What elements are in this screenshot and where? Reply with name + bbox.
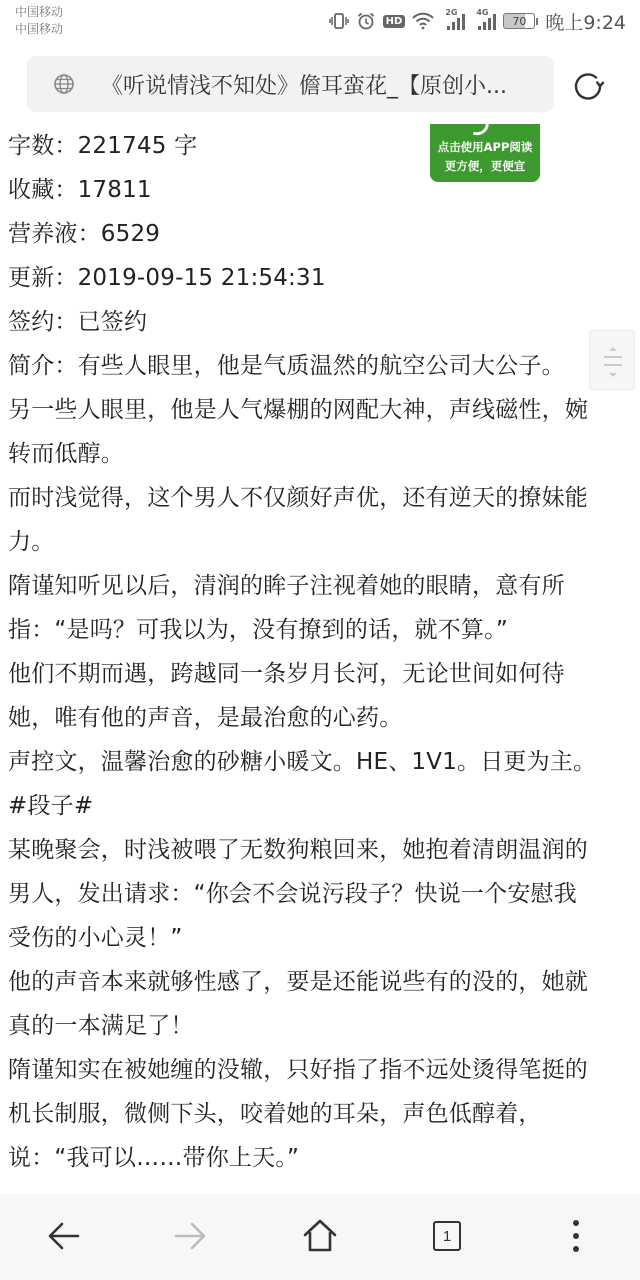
scroll-up-icon [609, 347, 617, 351]
handle-grip-icon [604, 356, 622, 358]
contract-status: 签约：已签约 [8, 300, 638, 344]
synopsis-line: 男人，发出请求：“你会不会说污段子？快说一个安慰我 [8, 872, 638, 916]
synopsis-line: 真的一本满足了！ [8, 1004, 638, 1048]
hd-icon: HD [383, 15, 406, 28]
forward-button[interactable] [168, 1214, 212, 1258]
wifi-icon [412, 12, 434, 30]
scroll-down-icon [609, 373, 617, 377]
update-time: 更新：2019-09-15 21:54:31 [8, 256, 638, 300]
tab-count: 1 [433, 1221, 461, 1251]
home-button[interactable] [298, 1214, 342, 1258]
browser-toolbar: 《听说情浅不知处》儋耳蛮花_【原创小... [0, 44, 640, 124]
synopsis-line: 声控文，温馨治愈的砂糖小暖文。HE、1V1。日更为主。 [8, 740, 638, 784]
synopsis-line: 简介：有些人眼里，他是气质温然的航空公司大公子。 [8, 344, 638, 388]
synopsis-line: 他的声音本来就够性感了，要是还能说些有的没的，她就 [8, 960, 638, 1004]
synopsis-line: 某晚聚会，时浅被喂了无数狗粮回来，她抱着清朗温润的 [8, 828, 638, 872]
bottom-navigation: 1 [0, 1194, 640, 1280]
nutrient-count: 营养液：6529 [8, 212, 638, 256]
back-button[interactable] [42, 1214, 86, 1258]
globe-icon [53, 73, 75, 95]
address-bar[interactable]: 《听说情浅不知处》儋耳蛮花_【原创小... [27, 56, 554, 112]
fast-scroll-handle[interactable] [589, 330, 635, 390]
logo-swoosh-icon [473, 121, 489, 137]
status-bar: 中国移动 中国移动 HD 2G 4G 70 晚上9:24 [0, 0, 640, 44]
page-title[interactable]: 《听说情浅不知处》儋耳蛮花_【原创小... [101, 69, 551, 100]
synopsis-line: 而时浅觉得，这个男人不仅颜好声优，还有逆天的撩妹能 [8, 476, 638, 520]
handle-grip-icon [604, 364, 622, 366]
synopsis-line: 机长制服，微侧下头，咬着她的耳朵，声色低醇着， [8, 1092, 638, 1136]
back-arrow-icon [46, 1218, 82, 1254]
synopsis-line: 她，唯有他的声音，是最治愈的心药。 [8, 696, 638, 740]
favorites-count: 收藏：17811 [8, 168, 638, 212]
more-vertical-icon [571, 1218, 581, 1254]
tabs-button[interactable]: 1 [425, 1214, 469, 1258]
synopsis-line: 说：“我可以……带你上天。” [8, 1136, 638, 1180]
promo-line-1: 点击使用APP阅读 [430, 138, 540, 157]
signal-4g-icon: 4G [478, 12, 496, 30]
synopsis-line: 隋谨知实在被她缠的没辙，只好指了指不远处烫得笔挺的 [8, 1048, 638, 1092]
synopsis-line: 转而低醇。 [8, 432, 638, 476]
more-menu-button[interactable] [554, 1214, 598, 1258]
clock: 晚上9:24 [545, 8, 626, 35]
signal-2g-icon: 2G [447, 12, 465, 30]
synopsis-line: 他们不期而遇，跨越同一条岁月长河，无论世间如何待 [8, 652, 638, 696]
reload-icon[interactable] [570, 68, 606, 104]
synopsis-line: #段子# [8, 784, 638, 828]
word-count: 字数：221745 字 [8, 124, 638, 168]
synopsis-line: 指：“是吗？可我以为，没有撩到的话，就不算。” [8, 608, 638, 652]
home-icon [301, 1217, 339, 1255]
forward-arrow-icon [172, 1218, 208, 1254]
synopsis: 简介：有些人眼里，他是气质温然的航空公司大公子。 另一些人眼里，他是人气爆棚的网… [8, 344, 638, 1180]
synopsis-line: 受伤的小心灵！” [8, 916, 638, 960]
alarm-icon [356, 11, 376, 31]
carrier-2: 中国移动 [15, 21, 63, 38]
synopsis-line: 另一些人眼里，他是人气爆棚的网配大神，声线磁性，婉 [8, 388, 638, 432]
promo-line-2: 更方便，更便宜 [430, 157, 540, 176]
carrier-1: 中国移动 [15, 4, 63, 21]
vibrate-icon [329, 11, 349, 31]
synopsis-line: 力。 [8, 520, 638, 564]
book-detail-content: 字数：221745 字 收藏：17811 营养液：6529 更新：2019-09… [8, 124, 638, 1180]
app-promo-banner[interactable]: 点击使用APP阅读 更方便，更便宜 [430, 124, 540, 182]
synopsis-line: 隋谨知听见以后，清润的眸子注视着她的眼睛，意有所 [8, 564, 638, 608]
carrier-labels: 中国移动 中国移动 [15, 4, 63, 38]
status-icons: HD 2G 4G 70 晚上9:24 [329, 8, 626, 34]
battery-icon: 70 [503, 13, 538, 29]
